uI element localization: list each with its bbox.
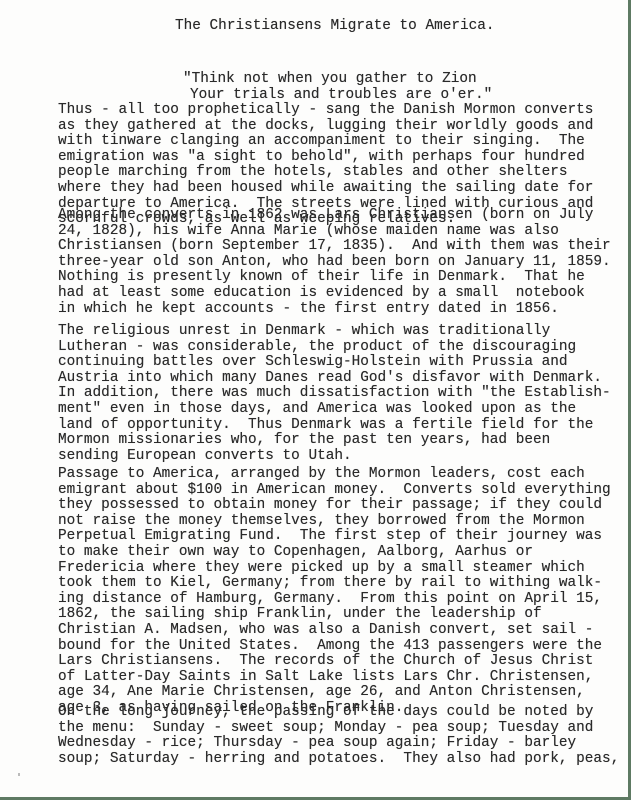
text-line: to make their own way to Copenhagen, Aal… <box>58 545 611 561</box>
text-line: Perpetual Emigrating Fund. The first ste… <box>58 529 611 545</box>
epigraph-line-1: "Think not when you gather to Zion <box>183 72 477 88</box>
text-line: On the long journey, the passing of the … <box>58 705 619 721</box>
text-line: took them to Kiel, Germany; from there b… <box>58 576 611 592</box>
text-line: they possessed to obtain money for their… <box>58 498 611 514</box>
text-line: age 34, Ane Marie Christensen, age 26, a… <box>58 685 611 701</box>
text-line: people marching from the hotels, stables… <box>58 165 593 181</box>
text-line: in which he kept accounts - the first en… <box>58 302 611 318</box>
text-line: Nothing is presently known of their life… <box>58 270 611 286</box>
text-line: as they gathered at the docks, lugging t… <box>58 119 593 135</box>
paragraph-converts-1862: Among the converts in 1862 was Lars Chri… <box>58 208 611 317</box>
typewritten-page: The Christiansens Migrate to America. "T… <box>0 0 631 800</box>
text-line: Lars Christiansens. The records of the C… <box>58 654 611 670</box>
text-line: bound for the United States. Among the 4… <box>58 639 611 655</box>
text-line: had at least some education is evidenced… <box>58 286 611 302</box>
text-line: Passage to America, arranged by the Morm… <box>58 467 611 483</box>
text-line: sending European converts to Utah. <box>58 449 611 465</box>
text-line: Among the converts in 1862 was Lars Chri… <box>58 208 611 224</box>
text-line: soup; Saturday - herring and potatoes. T… <box>58 752 619 768</box>
paper-speck <box>18 773 20 776</box>
text-line: Lutheran - was considerable, the product… <box>58 340 611 356</box>
paragraph-religious-unrest: The religious unrest in Denmark - which … <box>58 324 611 464</box>
paragraph-passage: Passage to America, arranged by the Morm… <box>58 467 611 717</box>
text-line: Mormon missionaries who, for the past te… <box>58 433 611 449</box>
text-line: where they had been housed while awaitin… <box>58 181 593 197</box>
text-line: In addition, there was much dissatisfact… <box>58 386 611 402</box>
text-line: Fredericia where they were picked up by … <box>58 561 611 577</box>
text-line: of Latter-Day Saints in Salt Lake lists … <box>58 670 611 686</box>
text-line: Christiansen (born September 17, 1835). … <box>58 239 611 255</box>
text-line: ment" even in those days, and America wa… <box>58 402 611 418</box>
paragraph-journey-menu: On the long journey, the passing of the … <box>58 705 619 767</box>
text-line: Wednesday - rice; Thursday - pea soup ag… <box>58 736 619 752</box>
text-line: The religious unrest in Denmark - which … <box>58 324 611 340</box>
text-line: emigrant about $100 in American money. C… <box>58 483 611 499</box>
text-line: continuing battles over Schleswig-Holste… <box>58 355 611 371</box>
document-title: The Christiansens Migrate to America. <box>175 19 495 35</box>
text-line: land of opportunity. Thus Denmark was a … <box>58 418 611 434</box>
text-line: 24, 1828), his wife Anna Marie (whose ma… <box>58 224 611 240</box>
text-line: Christian A. Madsen, who was also a Dani… <box>58 623 611 639</box>
text-line: Thus - all too prophetically - sang the … <box>58 103 593 119</box>
text-line: 1862, the sailing ship Franklin, under t… <box>58 607 611 623</box>
text-line: the menu: Sunday - sweet soup; Monday - … <box>58 721 619 737</box>
text-line: ing distance of Hamburg, Germany. From t… <box>58 592 611 608</box>
text-line: with tinware clanging an accompaniment t… <box>58 134 593 150</box>
